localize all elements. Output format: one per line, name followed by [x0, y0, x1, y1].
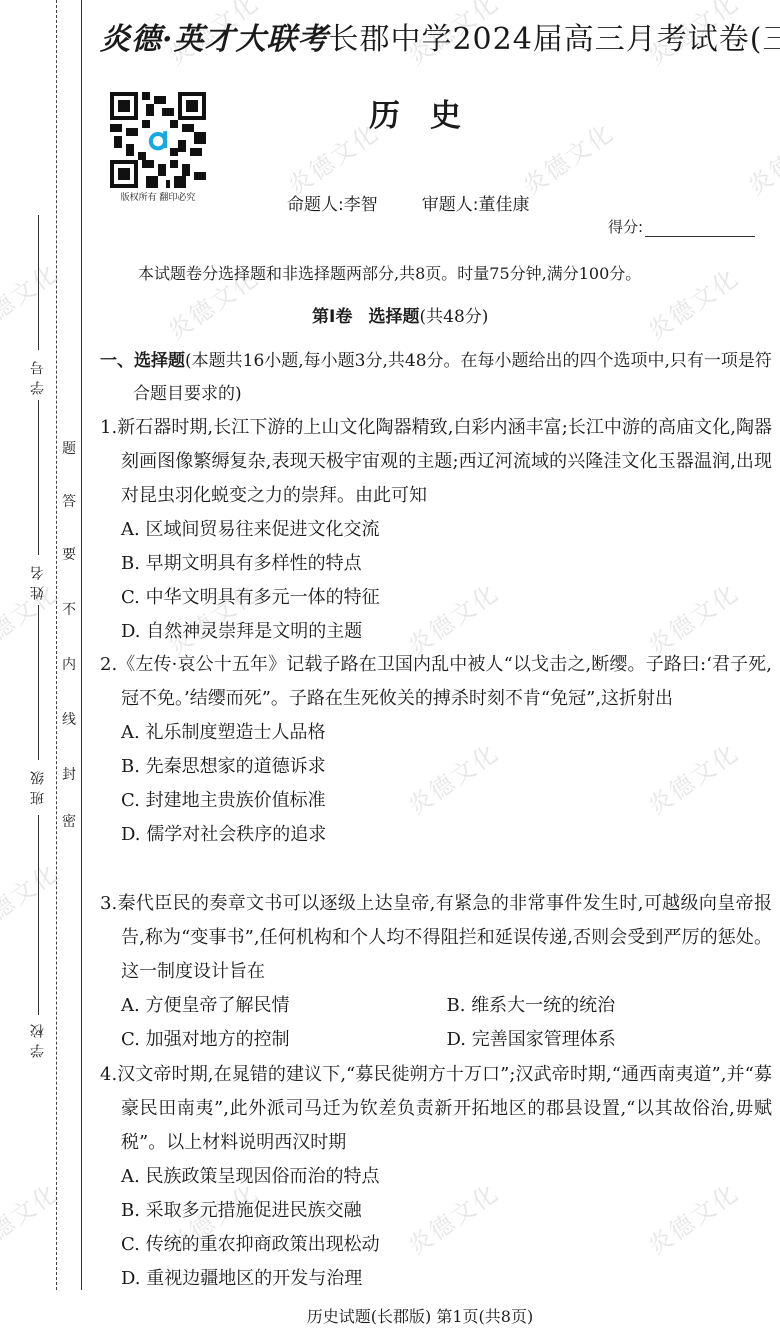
question-3: 3.秦代臣民的奏章文书可以逐级上达皇帝,有紧急的非常事件发生时,可越级向皇帝报告… — [100, 887, 772, 1057]
seal-char: 内 — [62, 658, 76, 672]
option-b[interactable]: B. 先秦思想家的道德诉求 — [100, 750, 772, 784]
authors: 命题人:李智审题人:董佳康 — [287, 190, 529, 215]
seal-char: 不 — [62, 603, 76, 617]
score-label: 得分: — [608, 218, 643, 236]
option-c[interactable]: C. 传统的重农抑商政策出现松动 — [100, 1228, 772, 1262]
question-text: 《左传·哀公十五年》记载子路在卫国内乱中被人“以戈击之,断缨。子路曰:‘君子死,… — [117, 654, 772, 709]
score-field[interactable] — [645, 222, 755, 237]
question-reviewer: 审题人:董佳康 — [422, 195, 530, 215]
watermark: 炎德文化 — [0, 853, 65, 941]
class-field[interactable] — [38, 605, 39, 760]
part-title: 一、选择题 — [100, 351, 185, 371]
option-c[interactable]: C. 加强对地方的控制 — [121, 1023, 447, 1057]
school-label: 学校 — [28, 1018, 48, 1058]
student-id-label: 学号 — [28, 355, 48, 395]
seal-char: 密 — [62, 815, 76, 829]
watermark: 炎德文化 — [0, 1173, 65, 1261]
subject-title: 历史 — [0, 90, 780, 135]
question-number: 3. — [100, 893, 117, 914]
option-b[interactable]: B. 早期文明具有多样性的特点 — [100, 547, 772, 581]
option-a[interactable]: A. 区域间贸易往来促进文化交流 — [100, 513, 772, 547]
question-2: 2.《左传·哀公十五年》记载子路在卫国内乱中被人“以戈击之,断缨。子路曰:‘君子… — [100, 648, 772, 852]
option-c[interactable]: C. 中华文明具有多元一体的特征 — [100, 581, 772, 615]
seal-char: 答 — [62, 495, 76, 509]
seal-char: 要 — [62, 548, 76, 562]
score-box: 得分: — [608, 216, 755, 237]
question-stem: 2.《左传·哀公十五年》记载子路在卫国内乱中被人“以戈击之,断缨。子路曰:‘君子… — [100, 648, 772, 716]
section-points: (共48分) — [420, 307, 489, 327]
section-title: 第Ⅰ卷 — [312, 307, 352, 327]
question-text: 新石器时期,长江下游的上山文化陶器精致,白彩内涵丰富;长江中游的高庙文化,陶器刻… — [117, 417, 772, 506]
class-label: 班级 — [28, 765, 48, 805]
question-stem: 3.秦代臣民的奏章文书可以逐级上达皇帝,有紧急的非常事件发生时,可越级向皇帝报告… — [100, 887, 772, 989]
part-description: (本题共16小题,每小题3分,共48分。在每小题给出的四个选项中,只有一项是符合… — [133, 351, 772, 404]
name-label: 姓名 — [28, 560, 48, 600]
question-stem: 1.新石器时期,长江下游的上山文化陶器精致,白彩内涵丰富;长江中游的高庙文化,陶… — [100, 411, 772, 513]
seal-char: 题 — [62, 442, 76, 456]
name-field[interactable] — [38, 400, 39, 555]
option-d[interactable]: D. 儒学对社会秩序的追求 — [100, 818, 772, 852]
option-c[interactable]: C. 封建地主贵族价值标准 — [100, 784, 772, 818]
option-d[interactable]: D. 完善国家管理体系 — [447, 1023, 773, 1057]
seal-char: 封 — [62, 768, 76, 782]
question-text: 秦代臣民的奏章文书可以逐级上达皇帝,有紧急的非常事件发生时,可越级向皇帝报告,称… — [117, 893, 772, 982]
watermark: 炎德文化 — [0, 253, 65, 341]
section-heading: 第Ⅰ卷 选择题(共48分) — [312, 302, 488, 327]
question-number: 4. — [100, 1064, 117, 1085]
copyright-notice: 版权所有 翻印必究 — [106, 190, 210, 203]
question-1: 1.新石器时期,长江下游的上山文化陶器精致,白彩内涵丰富;长江中游的高庙文化,陶… — [100, 411, 772, 649]
option-b[interactable]: B. 维系大一统的统治 — [447, 989, 773, 1023]
option-d[interactable]: D. 重视边疆地区的开发与治理 — [100, 1262, 772, 1296]
cut-line — [56, 0, 57, 1290]
option-b[interactable]: B. 采取多元措施促进民族交融 — [100, 1194, 772, 1228]
section-subtitle: 选择题 — [369, 307, 420, 327]
question-stem: 4.汉文帝时期,在晁错的建议下,“募民徙朔方十万口”;汉武帝时期,“通西南夷道”… — [100, 1058, 772, 1160]
student-id-field[interactable] — [38, 215, 39, 350]
question-text: 汉文帝时期,在晁错的建议下,“募民徙朔方十万口”;汉武帝时期,“通西南夷道”,并… — [117, 1064, 772, 1153]
option-a[interactable]: A. 民族政策呈现因俗而治的特点 — [100, 1160, 772, 1194]
question-4: 4.汉文帝时期,在晁错的建议下,“募民徙朔方十万口”;汉武帝时期,“通西南夷道”… — [100, 1058, 772, 1296]
option-a[interactable]: A. 方便皇帝了解民情 — [121, 989, 447, 1023]
watermark: 炎德文化 — [639, 258, 744, 346]
school-field[interactable] — [38, 815, 39, 1015]
brand-name: 炎德·英才大联考 — [100, 22, 328, 57]
question-number: 1. — [100, 417, 117, 438]
part-heading: 一、选择题(本题共16小题,每小题3分,共48分。在每小题给出的四个选项中,只有… — [100, 345, 772, 411]
question-setter: 命题人:李智 — [287, 195, 378, 215]
page-footer: 历史试题(长郡版) 第1页(共8页) — [0, 1304, 780, 1327]
exam-name: 长郡中学2024届高三月考试卷(三) — [328, 22, 780, 57]
option-d[interactable]: D. 自然神灵崇拜是文明的主题 — [100, 615, 772, 649]
option-a[interactable]: A. 礼乐制度塑造士人品格 — [100, 716, 772, 750]
seal-char: 线 — [62, 713, 76, 727]
exam-instructions: 本试题卷分选择题和非选择题两部分,共8页。时量75分钟,满分100分。 — [138, 261, 641, 284]
exam-title: 炎德·英才大联考长郡中学2024届高三月考试卷(三) — [100, 14, 780, 58]
binding-line — [81, 0, 82, 1290]
question-number: 2. — [100, 654, 117, 675]
